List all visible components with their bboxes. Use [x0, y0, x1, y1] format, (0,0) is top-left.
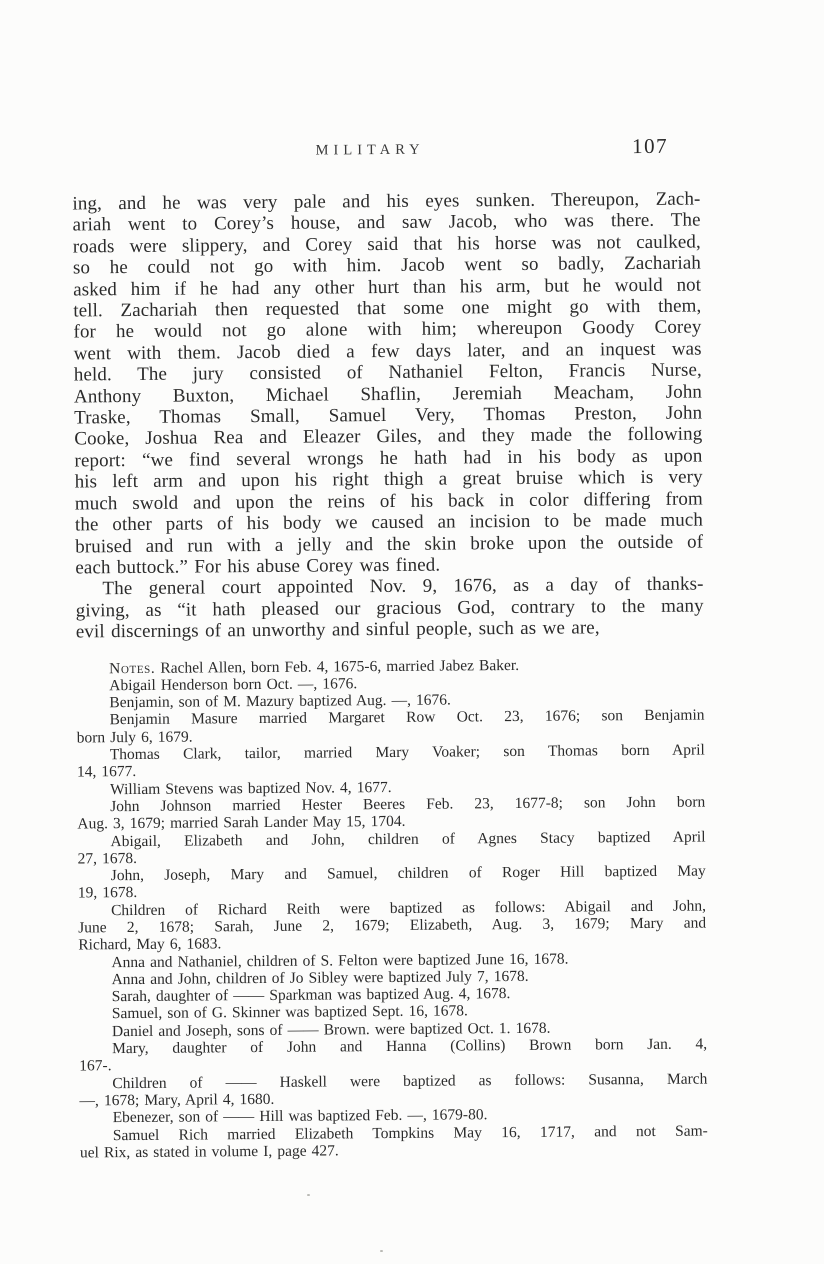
- running-head: MILITARY 107: [72, 140, 700, 167]
- notes-heading-label: Notes.: [109, 659, 155, 676]
- note-line: uel Rix, as stated in volume I, page 427…: [80, 1139, 708, 1161]
- scanned-book-page: MILITARY 107 ing, and he was very pale a…: [0, 0, 824, 1264]
- main-text: ing, and he was very pale and his eyes s…: [72, 189, 704, 643]
- scan-speck: [380, 1250, 383, 1252]
- page-number: 107: [632, 134, 668, 159]
- scan-speck: [307, 1194, 310, 1196]
- running-head-title: MILITARY: [56, 140, 684, 162]
- notes-section: Notes. Rachel Allen, born Feb. 4, 1675-6…: [76, 655, 708, 1162]
- page-content: MILITARY 107 ing, and he was very pale a…: [72, 140, 708, 1162]
- body-text-line: evil discernings of an unworthy and sinf…: [76, 617, 704, 643]
